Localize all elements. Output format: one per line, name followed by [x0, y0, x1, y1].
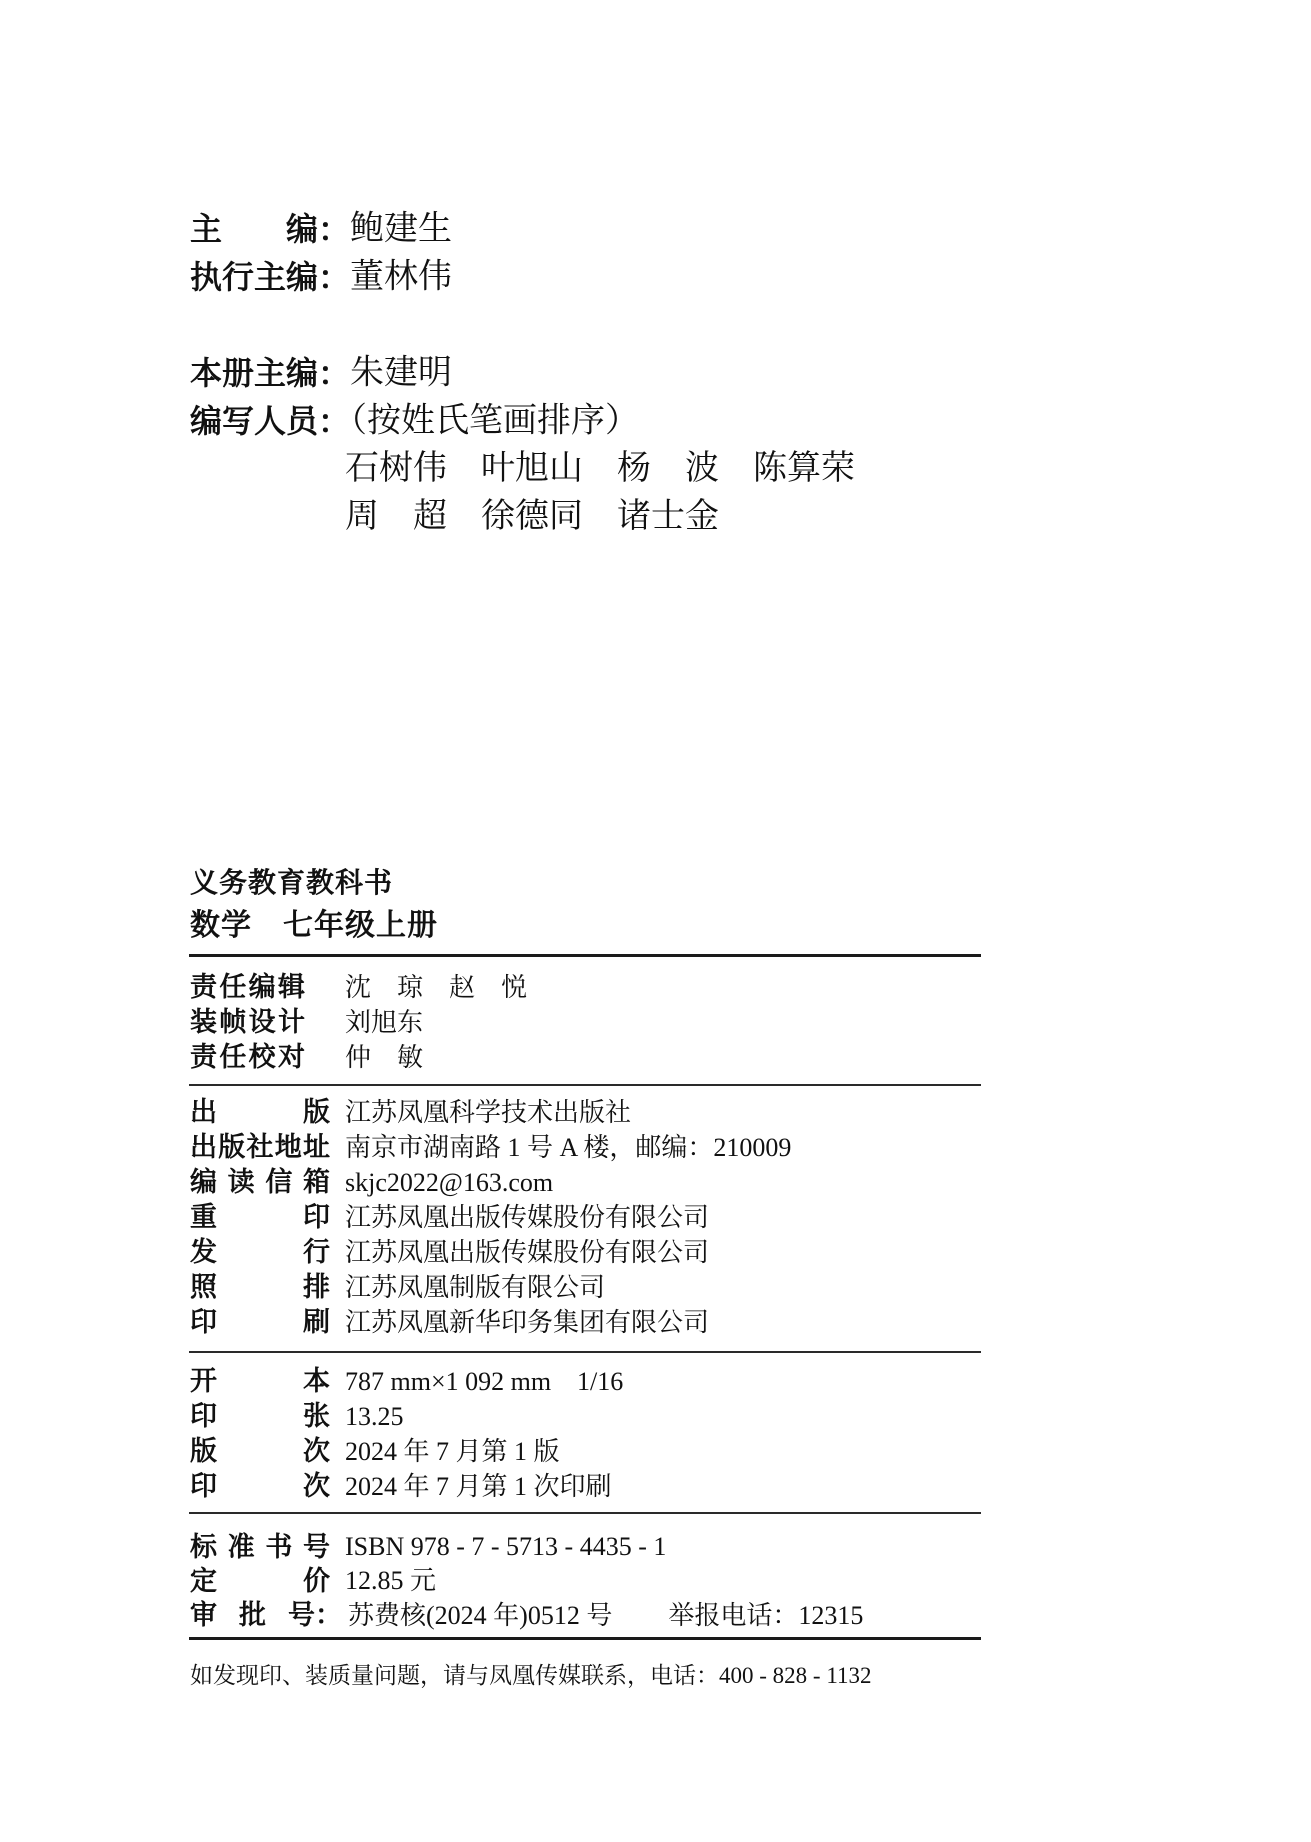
reprint-value: 江苏凤凰出版传媒股份有限公司 [345, 1203, 709, 1232]
volume-editor-row: 本册主编：朱建明 [190, 349, 855, 397]
approval-label: 审批号 [190, 1598, 315, 1632]
responsible-editor-label: 责任编辑 [190, 970, 305, 1005]
publisher-address-value: 南京市湖南路 1 号 A 楼，邮编：210009 [345, 1133, 791, 1162]
format-value: 787 mm×1 092 mm 1/16 [345, 1367, 623, 1396]
distributor-value: 江苏凤凰出版传媒股份有限公司 [345, 1238, 709, 1267]
edition-label: 版次 [190, 1434, 330, 1469]
impression-row: 印次2024 年 7 月第 1 次印刷 [190, 1469, 623, 1504]
price-label: 定价 [190, 1564, 330, 1598]
colon: ： [318, 403, 350, 439]
report-hotline: 举报电话：12315 [668, 1601, 863, 1630]
reader-email-label: 编读信箱 [190, 1165, 330, 1200]
series-title: 义务教育教科书 [190, 861, 438, 904]
staff-row: 责任编辑沈 琼 赵 悦 [190, 970, 527, 1005]
contributor-names-row: 周 超 徐德同 诸士金 [190, 493, 855, 541]
responsible-editor-names: 沈 琼 赵 悦 [345, 973, 527, 1002]
volume-editor-label: 本册主编 [190, 349, 318, 397]
sheets-value: 13.25 [345, 1402, 404, 1431]
isbn-row: 标准书号ISBN 978 - 7 - 5713 - 4435 - 1 [190, 1530, 863, 1564]
rule-after-printing [189, 1512, 981, 1514]
colon: ： [318, 355, 350, 391]
publisher-value: 江苏凤凰科学技术出版社 [345, 1098, 631, 1127]
chief-editor-label: 主编 [190, 205, 318, 253]
sheets-label: 印张 [190, 1399, 330, 1434]
contributors-row: 编写人员：（按姓氏笔画排序） [190, 397, 855, 445]
reader-email-row: 编读信箱skjc2022@163.com [190, 1165, 791, 1200]
publisher-label: 出版 [190, 1095, 330, 1130]
executive-editor-name: 董林伟 [350, 258, 452, 295]
typesetting-row: 照排江苏凤凰制版有限公司 [190, 1270, 791, 1305]
format-row: 开本787 mm×1 092 mm 1/16 [190, 1364, 623, 1399]
price-row: 定价12.85 元 [190, 1564, 863, 1598]
rule-after-staff [189, 1084, 981, 1086]
contributors-label: 编写人员 [190, 397, 318, 445]
chief-editor-row: 主编：鲍建生 [190, 205, 855, 253]
printer-label: 印刷 [190, 1305, 330, 1340]
rule-after-publication [189, 1351, 981, 1353]
edition-value: 2024 年 7 月第 1 版 [345, 1437, 560, 1466]
book-title: 数学 七年级上册 [190, 904, 438, 947]
reprint-label: 重印 [190, 1200, 330, 1235]
approval-number: 苏费核(2024 年)0512 号 [348, 1601, 612, 1630]
isbn-label: 标准书号 [190, 1530, 330, 1564]
publisher-row: 出版江苏凤凰科学技术出版社 [190, 1095, 791, 1130]
isbn-value: ISBN 978 - 7 - 5713 - 4435 - 1 [345, 1532, 666, 1561]
printer-value: 江苏凤凰新华印务集团有限公司 [345, 1308, 709, 1337]
rule-bottom [189, 1637, 981, 1640]
proofreader-label: 责任校对 [190, 1040, 305, 1075]
contributors-note: （按姓氏笔画排序） [350, 402, 639, 439]
impression-label: 印次 [190, 1469, 330, 1504]
sheets-row: 印张13.25 [190, 1399, 623, 1434]
executive-editor-label: 执行主编 [190, 253, 318, 301]
approval-row: 审批号：苏费核(2024 年)0512 号举报电话：12315 [190, 1598, 863, 1632]
publisher-address-row: 出版社地址南京市湖南路 1 号 A 楼，邮编：210009 [190, 1130, 791, 1165]
reader-email-value: skjc2022@163.com [345, 1168, 553, 1197]
price-value: 12.85 元 [345, 1566, 436, 1595]
impression-value: 2024 年 7 月第 1 次印刷 [345, 1472, 612, 1501]
edition-row: 版次2024 年 7 月第 1 版 [190, 1434, 623, 1469]
proofreader-name: 仲 敏 [345, 1043, 423, 1072]
distributor-label: 发行 [190, 1235, 330, 1270]
rule-top [189, 954, 981, 957]
volume-editor-name: 朱建明 [350, 354, 452, 391]
quality-notice: 如发现印、装质量问题，请与凤凰传媒联系，电话：400 - 828 - 1132 [190, 1658, 871, 1693]
publisher-address-label: 出版社地址 [190, 1130, 330, 1165]
editors-block: 主编：鲍建生 执行主编：董林伟 本册主编：朱建明 编写人员：（按姓氏笔画排序） … [190, 205, 855, 541]
executive-editor-row: 执行主编：董林伟 [190, 253, 855, 301]
typesetting-label: 照排 [190, 1270, 330, 1305]
staff-row: 装帧设计刘旭东 [190, 1005, 527, 1040]
colophon-page: 主编：鲍建生 执行主编：董林伟 本册主编：朱建明 编写人员：（按姓氏笔画排序） … [0, 0, 1311, 1842]
reprint-row: 重印江苏凤凰出版传媒股份有限公司 [190, 1200, 791, 1235]
distributor-row: 发行江苏凤凰出版传媒股份有限公司 [190, 1235, 791, 1270]
colon: ： [318, 259, 350, 295]
design-label: 装帧设计 [190, 1005, 305, 1040]
contributor-names-row: 石树伟 叶旭山 杨 波 陈算荣 [190, 445, 855, 493]
colon: ： [315, 1600, 342, 1630]
design-name: 刘旭东 [345, 1008, 423, 1037]
format-label: 开本 [190, 1364, 330, 1399]
colon: ： [318, 211, 350, 247]
isbn-block: 标准书号ISBN 978 - 7 - 5713 - 4435 - 1 定价12.… [190, 1530, 863, 1632]
staff-block: 责任编辑沈 琼 赵 悦 装帧设计刘旭东 责任校对仲 敏 [190, 970, 527, 1075]
chief-editor-name: 鲍建生 [350, 210, 452, 247]
printer-row: 印刷江苏凤凰新华印务集团有限公司 [190, 1305, 791, 1340]
title-block: 义务教育教科书 数学 七年级上册 [190, 861, 438, 947]
staff-row: 责任校对仲 敏 [190, 1040, 527, 1075]
publication-block: 出版江苏凤凰科学技术出版社 出版社地址南京市湖南路 1 号 A 楼，邮编：210… [190, 1095, 791, 1340]
typesetting-value: 江苏凤凰制版有限公司 [345, 1273, 605, 1302]
printing-block: 开本787 mm×1 092 mm 1/16 印张13.25 版次2024 年 … [190, 1364, 623, 1504]
